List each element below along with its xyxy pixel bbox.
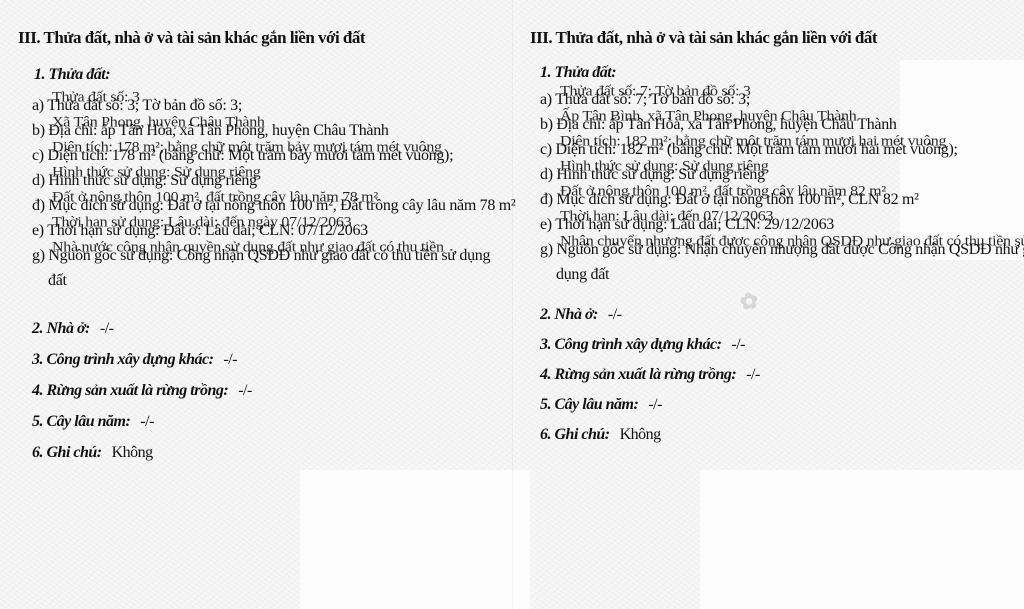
field-text: g) Nguồn gốc sử dụng: Nhận chuyển nhượng… bbox=[540, 242, 1024, 258]
section-value: -/- bbox=[648, 396, 662, 413]
field-text: e) Thời hạn sử dụng: Lâu dài; CLN: 29/12… bbox=[540, 217, 834, 233]
section-title: 4. Rừng sản xuất là rừng trồng: bbox=[32, 382, 228, 399]
field-text: a) Thửa đất số: 3; Tờ bản đồ số: 3; bbox=[32, 98, 242, 114]
section-item: 3. Công trình xây dựng khác:-/- bbox=[32, 351, 237, 369]
field-text: c) Diện tích: 178 m² (bằng chữ: Một trăm… bbox=[32, 148, 453, 164]
field-text: g) Nguồn gốc sử dụng: Công nhận QSDĐ như… bbox=[32, 248, 490, 264]
section-title: 6. Ghi chú: bbox=[540, 426, 610, 443]
section-item: 5. Cây lâu năm:-/- bbox=[540, 396, 662, 414]
field-text: e) Thời hạn sử dụng: Đất ở: Lâu dài; CLN… bbox=[32, 223, 368, 239]
column-divider bbox=[512, 0, 513, 609]
section-value: -/- bbox=[100, 320, 114, 337]
section-title: 3. Công trình xây dựng khác: bbox=[32, 351, 213, 368]
field-text: đ) Mục đích sử dụng: Đất ở tại nông thôn… bbox=[32, 198, 515, 214]
section-item: 4. Rừng sản xuất là rừng trồng:-/- bbox=[540, 366, 760, 384]
section-value: -/- bbox=[608, 306, 622, 323]
section-title: 5. Cây lâu năm: bbox=[540, 396, 638, 413]
section-title-land-parcel: 1. Thửa đất: bbox=[34, 66, 110, 84]
field-text: c) Diện tích: 182 m² (bằng chữ: Một trăm… bbox=[540, 142, 958, 158]
section-value: -/- bbox=[731, 336, 745, 353]
section-value: -/- bbox=[746, 366, 760, 383]
section-value: -/- bbox=[223, 351, 237, 368]
section-value: Không bbox=[112, 444, 153, 461]
section-item: 4. Rừng sản xuất là rừng trồng:-/- bbox=[32, 382, 252, 400]
field-text: d) Hình thức sử dụng: Sử dụng riêng bbox=[32, 173, 257, 189]
field-text: b) Địa chỉ: ấp Tân Hòa, xã Tân Phong, hu… bbox=[32, 123, 389, 139]
page-heading: III. Thửa đất, nhà ở và tài sản khác gắn… bbox=[18, 28, 365, 48]
page-heading: III. Thửa đất, nhà ở và tài sản khác gắn… bbox=[530, 28, 877, 48]
section-item: 5. Cây lâu năm:-/- bbox=[32, 413, 154, 431]
field-text: đ) Mục đích sử dụng: Đất ở tại nông thôn… bbox=[540, 192, 919, 208]
section-value: Không bbox=[620, 426, 661, 443]
section-value: -/- bbox=[238, 382, 252, 399]
section-item: 6. Ghi chú:Không bbox=[540, 426, 661, 444]
field-text: d) Hình thức sử dụng: Sử dụng riêng bbox=[540, 167, 765, 183]
section-title: 2. Nhà ở: bbox=[540, 306, 598, 323]
field-text: đất bbox=[48, 273, 67, 289]
section-value: -/- bbox=[140, 413, 154, 430]
section-item: 2. Nhà ở:-/- bbox=[540, 306, 621, 324]
section-item: 6. Ghi chú:Không bbox=[32, 444, 153, 462]
field-text: a) Thửa đất số: 7; Tờ bản đồ số: 3; bbox=[540, 92, 750, 108]
section-title: 3. Công trình xây dựng khác: bbox=[540, 336, 721, 353]
field-text: dụng đất bbox=[556, 267, 609, 283]
section-title: 6. Ghi chú: bbox=[32, 444, 102, 461]
section-title-land-parcel: 1. Thửa đất: bbox=[540, 64, 616, 82]
section-title: 2. Nhà ở: bbox=[32, 320, 90, 337]
section-title: 5. Cây lâu năm: bbox=[32, 413, 130, 430]
section-item: 2. Nhà ở:-/- bbox=[32, 320, 113, 338]
field-text: b) Địa chỉ: ấp Tân Hòa, xã Tân Phong, hu… bbox=[540, 117, 897, 133]
section-title: 4. Rừng sản xuất là rừng trồng: bbox=[540, 366, 736, 383]
section-item: 3. Công trình xây dựng khác:-/- bbox=[540, 336, 745, 354]
